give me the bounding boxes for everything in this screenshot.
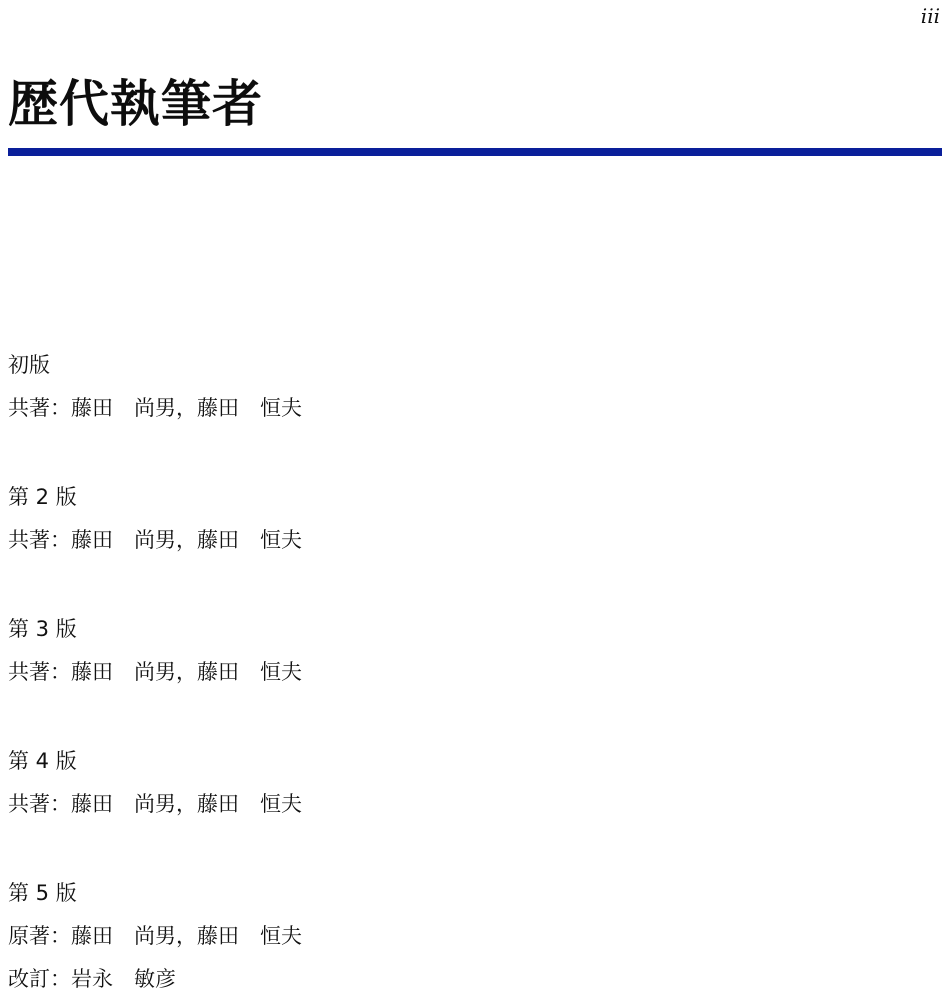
title-rule: [8, 148, 942, 156]
edition-label: 第 2 版: [8, 482, 302, 512]
edition-2: 第 2 版 共著：藤田 尚男，藤田 恒夫: [8, 482, 302, 555]
page-number: iii: [921, 4, 940, 28]
edition-authors: 共著：藤田 尚男，藤田 恒夫: [8, 789, 302, 819]
edition-authors: 共著：藤田 尚男，藤田 恒夫: [8, 393, 302, 423]
edition-authors: 共著：藤田 尚男，藤田 恒夫: [8, 657, 302, 687]
edition-original-authors: 原著：藤田 尚男，藤田 恒夫: [8, 921, 302, 951]
edition-label: 第 3 版: [8, 614, 302, 644]
edition-4: 第 4 版 共著：藤田 尚男，藤田 恒夫: [8, 746, 302, 819]
edition-label: 初版: [8, 350, 302, 380]
edition-label: 第 5 版: [8, 878, 302, 908]
edition-revision-author: 改訂：岩永 敏彦: [8, 964, 302, 994]
edition-authors: 共著：藤田 尚男，藤田 恒夫: [8, 525, 302, 555]
edition-label: 第 4 版: [8, 746, 302, 776]
edition-1: 初版 共著：藤田 尚男，藤田 恒夫: [8, 350, 302, 423]
page-title: 歴代執筆者: [8, 72, 263, 136]
edition-3: 第 3 版 共著：藤田 尚男，藤田 恒夫: [8, 614, 302, 687]
edition-5: 第 5 版 原著：藤田 尚男，藤田 恒夫 改訂：岩永 敏彦: [8, 878, 302, 994]
